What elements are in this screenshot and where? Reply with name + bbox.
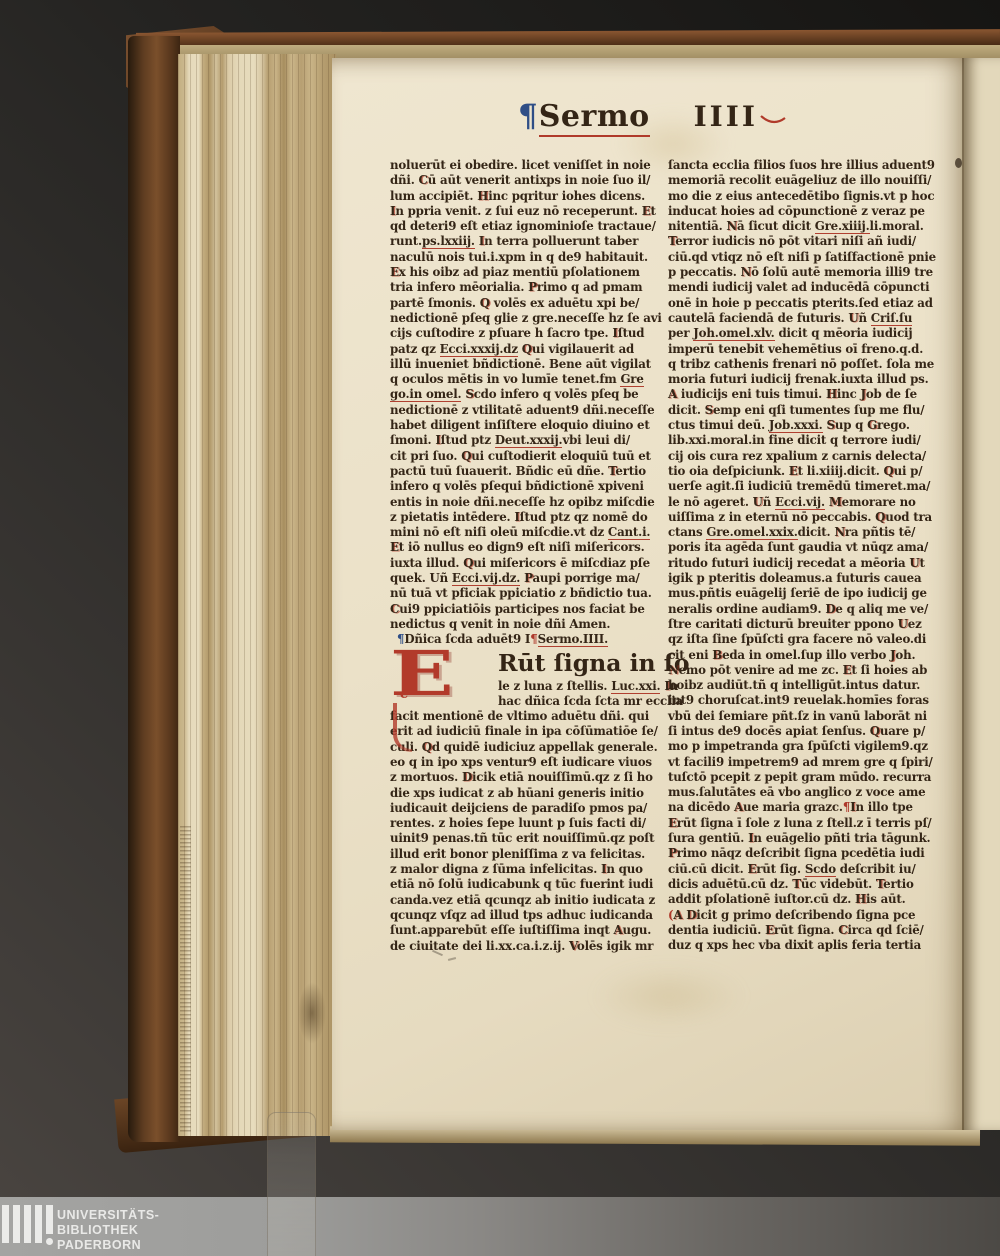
text-segment: go.in omel. [390,387,461,402]
text-line: ciū.cū dicit. Erūt ſig. Scdo deſcribit i… [668,862,944,877]
page-header: ¶ Sermo IIII [482,98,822,137]
header-sermo-group: ¶ Sermo [518,98,650,137]
ink-fleck [955,158,962,168]
text-segment: mus.ſalutātes eā vbo anglico z voce ame [668,785,925,799]
text-segment: ū aūt venerit antixps in noie ſuo il/ [428,173,651,187]
text-line: Rūt ſigna in ſo [498,648,666,679]
text-segment: tria infero mēorialia. [390,280,528,294]
text-line: cit eni Beda in omel.ſup illo verbo Joh. [668,648,944,663]
text-segment: Ecci.vij.dz. [452,571,520,586]
text-segment: e q aliq me ve/ [835,602,928,616]
text-segment: Criſ.ſu [871,311,913,326]
text-segment: patz qz [390,342,440,356]
text-line: Nemo pōt venire ad me zc. Et ſi hoies ab [668,663,944,678]
text-line: go.in omel. Scdo infero q volēs pſeq be [390,387,666,402]
text-segment: rentes. z hoies ſepe luunt p ſuis facti … [390,816,646,830]
text-segment: n euāgelio pñti tria tāgunk. [753,831,930,845]
text-segment: rūt ſig. [756,862,805,876]
text-line: In ppria venit. z ſui euz nō receperunt.… [390,204,666,219]
text-line: p peccatis. Nō ſolū autē memoria illi9 t… [668,265,944,280]
text-line: qz iſta ſine ſpūſcti gra facere nō valeo… [668,632,944,647]
text-segment: Q [870,724,880,738]
text-line: inducat hoies ad cōpunctionē z veraz pe [668,204,944,219]
text-line: entis in noie dñi.neceſſe hz opibz miſcd… [390,495,666,510]
text-segment: le z luna z ſtellis. [498,679,611,693]
text-segment: t ſi hoies ab [851,663,927,677]
text-line: cautelā faciendā de futuris. Uñ Criſ.ſu [668,311,944,326]
text-segment: illud erit bonor pleniſſima z va felicit… [390,847,645,861]
book-cover-edge [128,36,180,1142]
text-segment: ſunt.apparebūt eſſe iuſtiſſima inqt [390,923,614,937]
text-segment: ¶ [530,632,537,646]
text-segment: N [741,265,752,279]
text-line: q tribz cathenis frenari nō poſſet. ſola… [668,357,944,372]
logo-bar [2,1205,9,1243]
logo-line: BIBLIOTHEK [57,1223,159,1238]
text-segment: igik p pteritis doleamus.a futuris cauea [668,571,921,585]
text-line: habet diligent inſiſtere eloquio diuino … [390,418,666,433]
text-segment: B [712,648,722,662]
text-segment: G [867,418,877,432]
page-edge-stain [298,982,326,1044]
text-segment: Q [875,510,885,524]
text-segment: ps.lxxiij. [422,234,475,249]
text-segment: z malor digna z ſūma infelicitas. [390,862,601,876]
book-holder-clip [267,1112,316,1256]
text-line: onē in hoie p peccatis pterits.ſed etiaz… [668,296,944,311]
text-segment: tio oia deſpiciunk. [668,464,789,478]
text-segment: Ecci.xxxij.dz [440,342,518,357]
text-segment: H [855,892,866,906]
text-line: qcunqz vſqz ad illud tps adhuc iudicanda [390,908,666,923]
text-line: cit pri ſuo. Qui cuſtodierit eloquiū tuū… [390,449,666,464]
text-segment: U [909,556,919,570]
text-segment: ertio [883,877,914,891]
text-line: q oculos mētis in vo lumīe tenet.fm Gre [390,372,666,387]
text-line: mini nō eſt niſi oleū miſcdie.vt dz Cant… [390,525,666,540]
text-segment: T [792,877,801,891]
text-segment: dicit. [798,525,835,539]
text-segment: ctans [668,525,706,539]
text-segment: error iudicis nō pōt vitari niſi añ iudi… [675,234,916,248]
text-line: poris ita agēda ſunt gaudia vt nūqz ama/ [668,540,944,555]
text-line: uiſſima z in eternū nō peccabis. Quod tr… [668,510,944,525]
text-line: die xps iudicat z ab hūani generis initi… [390,786,666,801]
text-line: hac dñica ſcda ſcta mr ecclia [498,694,666,709]
text-line: hoibz audiūt.tñ q intelligūt.intus datur… [668,678,944,693]
text-segment: rūt ſigna ī ſole z luna z ſtell.z ī terr… [677,816,932,830]
text-segment: z mortuos. [390,770,462,784]
text-segment: qcunqz vſqz ad illud tps adhuc iudicanda [390,908,653,922]
logo-line: PADERBORN [57,1238,159,1253]
text-line: illū inueniet bñdictionē. Bene aūt vigil… [390,357,666,372]
text-line: vt facili9 impetrem9 ad mrem gre q ſpiri… [668,755,944,770]
text-segment: ui p/ [894,464,923,478]
text-segment: iudicauit deijciens de paradiſo pmos pa/ [390,801,647,815]
text-segment: iudicijs eni tuis timui. [677,387,826,401]
text-segment: neralis ordine audiam9. [668,602,825,616]
text-segment: E [390,540,399,554]
text-segment: nedictionē pſeq glie z gre.neceſſe hz ſe… [390,311,662,325]
text-segment: na dicēdo [668,800,734,814]
text-segment: ñ [763,495,775,509]
text-segment: ſancta ecclia filios ſuos hre illius adu… [668,158,935,172]
text-segment: emo pōt venire ad me zc. [679,663,843,677]
text-line: runt.ps.lxxiij. In terra polluerunt tabe… [390,234,666,249]
text-segment: D [462,770,472,784]
text-segment: C [419,173,428,187]
text-segment: ſmoni. [390,433,435,447]
text-line: ſancta ecclia filios ſuos hre illius adu… [668,158,944,173]
text-segment: dentia iudiciū. [668,923,765,937]
text-segment: cautelā faciendā de futuris. [668,311,848,325]
text-segment: qd deteri9 eſt etiaz ignominioſe tractau… [390,219,656,233]
text-segment: Scdo [805,862,836,877]
text-segment: inc pqritur iohes dicens. [488,189,645,203]
text-segment: noluerūt ei obedire. licet veniſſet in n… [390,158,651,172]
text-segment: H [826,387,837,401]
text-segment: icik etiā nouiſſimū.qz z ſi ho [472,770,653,784]
text-line: Et iō nullus eo dign9 eſt niſi miſericor… [390,540,666,555]
text-segment: Gre.omel.xxix. [706,525,797,540]
header-number: IIII [694,100,758,133]
text-segment: ctus timui deū. [668,418,769,432]
text-segment: t li.xiiij.dicit. [798,464,884,478]
text-segment: icit g primo deſcribendo ſigna pce [696,908,915,922]
text-segment: n quo [606,862,642,876]
text-segment: P [668,846,677,860]
text-segment: q oculos mētis in vo lumīe tenet.fm [390,372,620,386]
text-segment: Q [884,464,894,478]
text-line: na dicēdo Aue maria grazc.¶In illo tpe [668,800,944,815]
text-line: nitentiā. Nā ſicut dicit Gre.xiiij.li.mo… [668,219,944,234]
text-line: tuſctō pcepit z pepit gram mūdo. recurra [668,770,944,785]
text-segment: duz q xps hec vba dixit aplis feria tert… [668,938,921,952]
text-segment: up q [835,418,867,432]
header-number-group: IIII [694,100,786,133]
text-segment: Luc.xxi. [611,679,660,694]
text-segment: E [642,204,651,218]
text-segment: vt facili9 impetrem9 ad mrem gre q ſpiri… [668,755,933,769]
text-segment: dñi. [390,173,419,187]
text-segment: nedictus q venit in noie dñi Amen. [390,617,610,631]
logo-bar [24,1205,31,1243]
text-segment: t [919,556,924,570]
text-segment: n ppria venit. z ſui euz nō receperunt. [395,204,641,218]
text-line: le nō ageret. Uñ Ecci.vij. Memorare no [668,495,944,510]
text-segment: le nō ageret. [668,495,753,509]
text-segment: moria futuri iudicij frenak.iuxta illud … [668,372,928,386]
text-segment: A [734,800,743,814]
text-column-left: E e noluerūt ei obedire. licet veniſſet … [390,158,666,954]
text-line: Terror iudicis nō pōt vitari niſi añ iud… [668,234,944,249]
text-segment: onē in hoie p peccatis pterits.ſed etiaz… [668,296,933,310]
text-segment: entis in noie dñi.neceſſe hz opibz miſcd… [390,495,655,509]
text-segment: eo q in ipo xps ventur9 eſt iudicare viu… [390,755,652,769]
text-line: qd deteri9 eſt etiaz ignominioſe tractau… [390,219,666,234]
text-line: rentes. z hoies ſepe luunt p ſuis facti … [390,816,666,831]
text-segment: E [789,464,798,478]
text-line: nedictus q venit in noie dñi Amen. [390,617,666,632]
text-line: mo die z eius antecedētibo ſignis.vt p h… [668,189,944,204]
logo-bar [13,1205,20,1243]
text-line: ſunt.apparebūt eſſe iuſtiſſima inqt Augu… [390,923,666,938]
text-line: cijs cuſtodire z pſuare h ſacro tpe. Iſt… [390,326,666,341]
text-line: pactū tuū ſuauerit. Bñdic eū dñe. Tertio [390,464,666,479]
text-segment: hoibz audiūt.tñ q intelligūt.intus datur… [668,678,920,692]
text-segment: Sermo.IIII. [538,632,608,647]
text-line: quek. Uñ Ecci.vij.dz. Paupi porrige ma/ [390,571,666,586]
text-segment: addit pſolationē iuſtor.cū dz. [668,892,855,906]
text-line: int9 choruſcat.int9 reuelak.homīes foras [668,693,944,708]
text-segment: naculū nois tui.i.xpm in q de9 habitauit… [390,250,648,264]
text-line: ctans Gre.omel.xxix.dicit. Nra pñtis tē/ [668,525,944,540]
text-segment: runt. [390,234,422,248]
text-segment: n terra polluerunt taber [484,234,638,248]
text-segment: oh. [895,648,915,662]
text-segment: uiſſima z in eternū nō peccabis. [668,510,875,524]
text-segment: rego. [877,418,910,432]
text-segment: N [726,219,737,233]
text-segment: cijs cuſtodire z pſuare h ſacro tpe. [390,326,612,340]
text-line: ritudo futuri iudicij recedat a mēoria U… [668,556,944,571]
text-segment: V [569,939,577,953]
text-segment: S [465,387,473,401]
text-line: dicis aduētū.cū dz. Tūc videbūt. Tertio [668,877,944,892]
text-segment: vbū dei ſemiare pñt.ſz in vanū laborāt n… [668,709,927,723]
text-segment: hac dñica ſcda ſcta mr ecclia [498,694,683,708]
text-segment: die xps iudicat z ab hūani generis initi… [390,786,644,800]
text-line: le z luna z ſtellis. Luc.xxi. In [498,679,666,694]
text-line: nedictionē pſeq glie z gre.neceſſe hz ſe… [390,311,666,326]
text-line: vbū dei ſemiare pñt.ſz in vanū laborāt n… [668,709,944,724]
text-segment: mo die z eius antecedētibo ſignis.vt p h… [668,189,934,203]
text-segment: Job.xxxi. [769,418,823,433]
logo-exclamation-dot [46,1238,53,1245]
text-segment: p peccatis. [668,265,741,279]
text-line: noluerūt ei obedire. licet veniſſet in n… [390,158,666,173]
text-segment: D [686,908,696,922]
text-line: mus.ſalutātes eā vbo anglico z voce ame [668,785,944,800]
text-segment: rūt ſigna. [774,923,838,937]
text-segment: ertio [615,464,646,478]
text-segment: mini nō eſt niſi oleū miſcdie.vt dz [390,525,608,539]
text-line: de ciuitate dei li.xx.ca.i.z.ij. Volēs i… [390,939,666,954]
text-line: uerſe agit.ſi iudiciū tremēdū timeret.ma… [668,479,944,494]
text-line: ſi intus de9 docēs apiat ſenſus. Quare p… [668,724,944,739]
initial-guide-letter: e [400,687,408,702]
book-page-recto: ¶ Sermo IIII E e noluerūt ei obedire. li… [332,58,964,1130]
text-segment: ra pñtis tē/ [845,525,915,539]
text-segment: N [834,525,845,539]
text-segment: t [651,204,656,218]
text-segment: E [765,923,774,937]
text-line: addit pſolationē iuſtor.cū dz. His aūt. [668,892,944,907]
text-line: ctus timui deū. Job.xxxi. Sup q Grego. [668,418,944,433]
text-segment: inducat hoies ad cōpunctionē z veraz pe [668,204,925,218]
text-segment: ſtre caritati dicturū breuiter ppono [668,617,898,631]
text-segment: mus.pñtis euāgelij ſeriē de ipo iudicij … [668,586,927,600]
text-segment: ui vigilauerit ad [532,342,634,356]
red-flourish-icon [760,113,786,126]
text-line: etiā nō ſolū iudicabunk q tūc fuerint iu… [390,877,666,892]
text-segment: illū inueniet bñdictionē. Bene aūt vigil… [390,357,651,371]
text-segment: ūc videbūt. [801,877,876,891]
initial-swash-decoration [393,703,412,752]
text-segment: Q [463,556,473,570]
text-segment: Ecci.vij. [775,495,825,510]
ub-paderborn-bars-icon [2,1205,58,1251]
text-segment: per [668,326,693,340]
initial-capital: E e [390,645,496,745]
text-line: mendi iudicij valet ad inducēdā cōpuncti [668,280,944,295]
text-segment: E [668,816,677,830]
text-segment: is aūt. [866,892,906,906]
text-segment: x his oibz ad piaz mentiū pſolationem [399,265,640,279]
text-line: illud erit bonor pleniſſima z va felicit… [390,847,666,862]
text-line: per Joh.omel.xlv. dicit q mēoria iudicij [668,326,944,341]
text-line: dentia iudiciū. Erūt ſigna. Circa qd ſci… [668,923,944,938]
text-segment: ritudo futuri iudicij recedat a mēoria [668,556,909,570]
text-line: Cui9 ppiciatiōis participes nos faciat b… [390,602,666,617]
text-segment: ō ſolū autē memoria illi9 tre [751,265,933,279]
text-line: uinit9 penas.tñ tūc erit nouiſſimū.qz po… [390,831,666,846]
text-segment: Q [522,342,532,356]
text-segment: E [390,265,399,279]
text-line: tio oia deſpiciunk. Et li.xiiij.dicit. Q… [668,464,944,479]
text-segment: emp eni qſi tumentes ſup me flu/ [713,403,924,417]
text-line: dñi. Cū aūt venerit antixps in noie ſuo … [390,173,666,188]
text-segment: poris ita agēda ſunt gaudia vt nūqz ama/ [668,540,928,554]
text-segment: habet diligent inſiſtere eloquio diuino … [390,418,650,432]
text-segment: Deut.xxxij. [495,433,563,448]
text-line: ſura gentiū. In euāgelio pñti tria tāgun… [668,831,944,846]
text-segment: ſtud ptz qz nomē do [520,510,648,524]
text-line: ſtre caritati dicturū breuiter ppono Uez [668,617,944,632]
text-line: canda.vez etiā qcunqz ab initio iudicata… [390,893,666,908]
text-segment: ob de ſe [866,387,917,401]
text-segment: C [390,602,399,616]
text-segment: dicis aduētū.cū dz. [668,877,792,891]
text-line: mo p impetranda gra ſpūſcti vigilem9.qz [668,739,944,754]
text-segment: Joh.omel.xlv. [693,326,774,341]
library-logo-text: UNIVERSITÄTS- BIBLIOTHEK PADERBORN [57,1208,159,1253]
text-segment: uinit9 penas.tñ tūc erit nouiſſimū.qz po… [390,831,654,845]
text-segment: Gre.xiiij. [815,219,870,234]
text-line: ciū.qd vtiqz nō eſt niſi p ſatiſfactionē… [668,250,944,265]
text-segment: vbi leui di/ [562,433,629,447]
text-segment: t iō nullus eo dign9 eſt niſi miſericors… [399,540,645,554]
text-segment: int9 choruſcat.int9 reuelak.homīes foras [668,693,929,707]
text-segment: ue maria grazc. [743,800,843,814]
text-segment: uare p/ [880,724,925,738]
page-stain [594,966,744,1026]
text-segment: uod tra [885,510,932,524]
text-line: lib.xxi.moral.in fine dicit q terrore iu… [668,433,944,448]
text-segment: A [673,908,682,922]
text-segment: memoriā recolit euāgeliuz de illo nouiſſ… [668,173,931,187]
text-segment: S [705,403,713,417]
logo-bar-exclamation [46,1205,53,1234]
text-segment: emorare no [842,495,916,509]
text-line: A iudicijs eni tuis timui. Hinc Job de ſ… [668,387,944,402]
text-line: igik p pteritis doleamus.a futuris cauea [668,571,944,586]
text-segment: deſcribit iu/ [836,862,916,876]
text-segment: aupi porrige ma/ [532,571,639,585]
text-segment: H [477,189,488,203]
text-line: patz qz Ecci.xxxij.dz Qui vigilauerit ad [390,342,666,357]
text-segment: ez [908,617,922,631]
text-segment: cit eni [668,648,712,662]
text-line: z pietatis intēdere. Iſtud ptz qz nomē d… [390,510,666,525]
text-line: memoriā recolit euāgeliuz de illo nouiſſ… [668,173,944,188]
text-segment: A [668,387,677,401]
text-segment: ui9 ppiciatiōis participes nos faciat be [399,602,644,616]
text-segment: cit pri ſuo. [390,449,461,463]
text-segment: U [898,617,908,631]
text-segment: Rūt ſigna in ſo [498,649,690,677]
text-segment: ſtud [618,326,645,340]
text-segment: volēs ex aduētu xpi be/ [490,296,639,310]
text-line: Primo nāqz deſcribit ſigna pcedētia iudi [668,846,944,861]
text-segment: n illo tpe [855,800,912,814]
text-line: neralis ordine audiam9. De q aliq me ve/ [668,602,944,617]
facing-page-sliver [964,58,1000,1130]
text-segment: N [668,663,679,677]
text-line: (A Dicit g primo deſcribendo ſigna pce [668,908,944,923]
text-line: moria futuri iudicij frenak.iuxta illud … [668,372,944,387]
text-segment: P [528,280,537,294]
header-title: Sermo [539,99,650,137]
text-segment: M [829,495,842,509]
text-line: eo q in ipo xps ventur9 eſt iudicare viu… [390,755,666,770]
text-segment: nitentiā. [668,219,726,233]
book-fore-edge-pages [178,54,336,1136]
text-line: iudicauit deijciens de paradiſo pmos pa/ [390,801,666,816]
text-segment: S [827,418,835,432]
text-line: tria infero mēorialia. Primo q ad pmam [390,280,666,295]
text-segment: rimo q ad pmam [537,280,643,294]
text-segment: ui miſericors ē miſcdiaz pſe [473,556,650,570]
text-column-right: ſancta ecclia filios ſuos hre illius adu… [668,158,944,953]
text-segment: ugu. [622,923,651,937]
text-line: iuxta illud. Qui miſericors ē miſcdiaz p… [390,556,666,571]
text-segment: U [848,311,858,325]
text-line: z malor digna z ſūma infelicitas. In quo [390,862,666,877]
text-segment: ā ſicut dicit [737,219,815,233]
text-segment: dicit q mēoria iudicij [775,326,913,340]
text-line: lum accipiēt. Hinc pqritur iohes dicens. [390,189,666,204]
text-segment: ñ [858,311,870,325]
pilcrow-mark: ¶ [518,98,538,134]
text-segment: ſura gentiū. [668,831,748,845]
text-line: dicit. Semp eni qſi tumentes ſup me flu/ [668,403,944,418]
text-segment: uerſe agit.ſi iudiciū tremēdū timeret.ma… [668,479,930,493]
text-segment: Cant.i. [608,525,650,540]
text-segment: E [747,862,756,876]
dirt-mark [448,957,456,961]
text-line: ſmoni. Iſtud ptz Deut.xxxij.vbi leui di/ [390,433,666,448]
text-line: nedictionē z vtilitatē aduent9 dñi.neceſ… [390,403,666,418]
text-segment: rimo nāqz deſcribit ſigna pcedētia iudi [677,846,925,860]
text-segment: cij ois cura rez xpalium z carnis delect… [668,449,926,463]
text-segment: Gre [620,372,643,387]
text-segment: Q [461,449,471,463]
text-segment: canda.vez etiā qcunqz ab initio iudicata… [390,893,655,907]
text-line: cij ois cura rez xpalium z carnis delect… [668,449,944,464]
text-segment: z pietatis intēdere. [390,510,514,524]
text-segment: ciū.qd vtiqz nō eſt niſi p ſatiſfactionē… [668,250,936,264]
